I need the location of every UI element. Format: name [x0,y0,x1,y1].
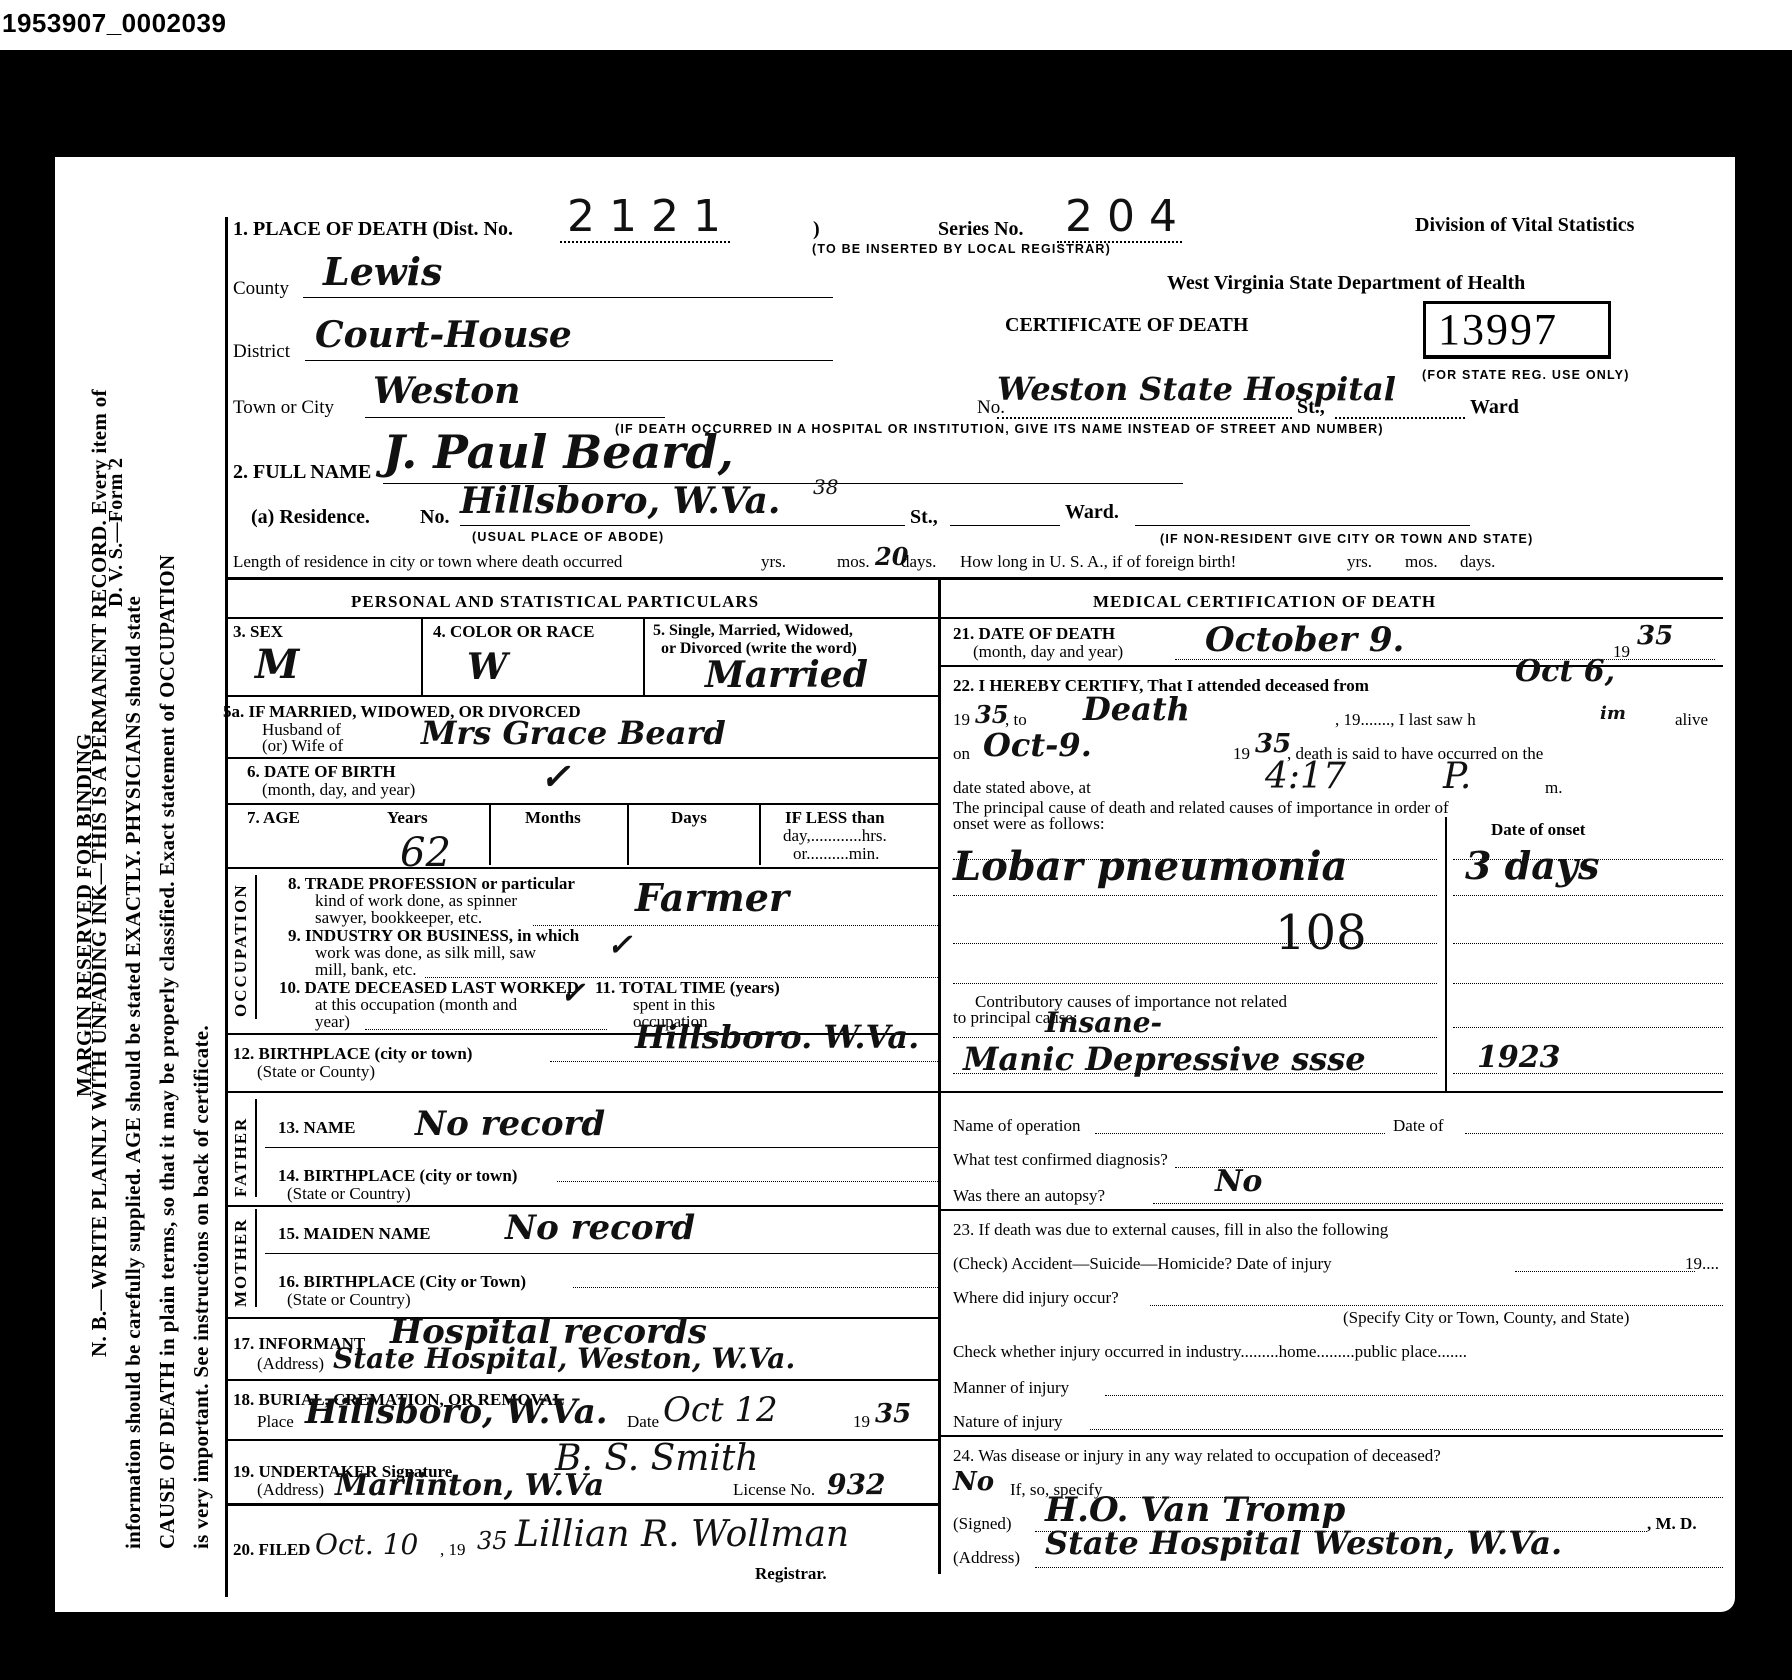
length-mos: mos. [837,553,870,570]
usa-mos: mos. [1405,553,1438,570]
marital-value: Married [705,657,868,693]
onset-line-4 [1453,1027,1723,1028]
document-header-bar: 1953907_0002039 [0,0,1792,50]
informant-address-value: State Hospital, Weston, W.Va. [333,1345,795,1373]
physician-signature: H.O. Van Tromp [1045,1493,1345,1527]
father-bracket [255,1099,257,1197]
residence-ward-label: Ward. [1065,502,1119,522]
contributory-value-1: Insane- [1045,1009,1162,1037]
age-months-label: Months [525,809,581,826]
nature-injury-label: Nature of injury [953,1413,1063,1430]
institution-value: Weston State Hospital [997,373,1396,405]
spouse-label-3: (or) Wife of [262,737,343,754]
total-time-label-2: spent in this [633,996,715,1013]
burial-place-label: Place [257,1413,294,1430]
nature-injury-line [1090,1429,1723,1430]
column-divider [938,579,941,1574]
last-seen-value: Oct-9. [983,729,1092,761]
onset-header: Date of onset [1491,821,1585,838]
registrar-label: Registrar. [755,1565,827,1582]
md-label: , M. D. [1647,1515,1697,1532]
occupation-side-label: OCCUPATION [231,883,251,1017]
town-line [365,417,665,418]
operation-date-label: Date of [1393,1117,1444,1134]
test-label: What test confirmed diagnosis? [953,1151,1168,1168]
signed-label: (Signed) [953,1515,1012,1532]
last-worked-label-1: 10. DATE DECEASED LAST WORKED [279,979,579,996]
registrar-note: (TO BE INSERTED BY LOCAL REGISTRAR) [812,243,1111,256]
registrar-signature: Lillian R. Wollman [515,1517,849,1553]
filed-year-value: 35 [477,1529,508,1553]
age-divider-3 [759,803,761,865]
burial-year-value: 35 [875,1401,911,1427]
full-name-value: J. Paul Beard, [383,429,734,475]
father-name-label: 13. NAME [278,1119,355,1136]
autopsy-line [1153,1203,1723,1204]
margin-line-4: is very important. See instructions on b… [189,1025,214,1549]
where-injury-line [1150,1305,1723,1306]
cause-line-3 [953,983,1437,984]
mother-bracket [255,1209,257,1307]
certificate-title: CERTIFICATE OF DEATH [1005,315,1248,335]
certificate-form: 1. PLACE OF DEATH (Dist. No. 2121 ) (TO … [215,157,1735,1612]
district-line [305,360,833,361]
full-name-label: 2. FULL NAME [233,462,371,482]
row-rule-7 [227,867,938,869]
cause-line-1 [953,895,1437,896]
race-marital-divider [643,617,645,695]
residence-st-label: St., [910,507,938,527]
last-worked-value: ✓ [560,979,585,1009]
age-divider-1 [489,803,491,865]
mother-maiden-line [265,1253,938,1254]
town-label: Town or City [233,398,334,417]
row-rule-causes [941,1091,1723,1093]
industry-label-2: work was done, as silk mill, saw [315,944,536,961]
nonresident-note: (IF NON-RESIDENT GIVE CITY OR TOWN AND S… [1160,533,1533,546]
residence-extra: 38 [813,477,838,497]
injury-date-line [1515,1271,1695,1272]
length-days: days. [901,553,936,570]
age-days-label: Days [671,809,707,826]
industry-label-3: mill, bank, etc. [315,961,417,978]
filed-label: 20. FILED [233,1541,310,1558]
series-no-value: 204 [1065,195,1191,239]
occupational-value: No [953,1469,994,1495]
operation-date-line [1465,1133,1723,1134]
mother-birthplace-label-1: 16. BIRTHPLACE (City or Town) [278,1273,526,1290]
dob-label-1: 6. DATE OF BIRTH [247,763,396,780]
nonresident-line [1135,525,1470,526]
license-label: License No. [733,1481,815,1498]
division-title: Division of Vital Statistics [1415,215,1634,235]
institution-st-label: St., [1297,397,1325,417]
onset-line-1 [1453,895,1723,896]
ampm-value: P. [1443,759,1471,795]
usa-label: How long in U. S. A., if of foreign birt… [960,553,1236,570]
burial-year-prefix: 19 [853,1413,870,1430]
onset-line-5 [1453,1073,1723,1074]
burial-place-value: Hillsboro, W.Va. [305,1395,608,1429]
medical-section-title: MEDICAL CERTIFICATION OF DEATH [1093,593,1436,610]
operation-label: Name of operation [953,1117,1080,1134]
cause-intro-2: onset were as follows: [953,815,1105,832]
document-id: 1953907_0002039 [2,8,226,39]
father-name-value: No record [415,1107,605,1141]
mother-birthplace-label-2: (State or Country) [287,1291,411,1308]
place-of-death-label: 1. PLACE OF DEATH (Dist. No. [233,219,513,239]
contributory-line-2 [953,1073,1437,1074]
form-code: D. V. S.—Form 2 [105,458,128,607]
dist-no-line [560,241,730,243]
birthplace-value: Hillsboro. W.Va. [635,1021,919,1053]
from-year-prefix: 19 [953,711,970,728]
death-certificate: N. B.—WRITE PLAINLY WITH UNFADING INK—TH… [55,157,1735,1612]
certificate-number: 13997 [1438,305,1558,354]
abode-note: (USUAL PLACE OF ABODE) [472,531,664,544]
row-rule-23 [941,1435,1723,1437]
date-of-death-value: October 9. [1205,623,1404,657]
physician-address-value: State Hospital Weston, W.Va. [1045,1527,1562,1559]
birthplace-label-1: 12. BIRTHPLACE (city or town) [233,1045,472,1062]
filed-date-value: Oct. 10 [315,1531,418,1559]
on-label: on [953,745,970,762]
sex-label: 3. SEX [233,623,283,640]
informant-address-label: (Address) [257,1355,324,1372]
residence-st-line [950,525,1060,526]
department-title: West Virginia State Department of Health [1167,273,1525,293]
burial-date-label: Date [627,1413,659,1430]
filed-year-prefix: , 19 [440,1541,466,1558]
last-worked-line [365,1029,607,1030]
length-yrs: yrs. [761,553,786,570]
residence-label: (a) Residence. [251,507,370,527]
mother-side-label: MOTHER [231,1218,251,1307]
at-time-label: date stated above, at [953,779,1091,796]
mother-maiden-value: No record [505,1211,695,1245]
onset-divider [1445,817,1447,1093]
industry-value: ✓ [607,931,632,961]
industry-label-1: 9. INDUSTRY OR BUSINESS, in which [288,927,579,944]
mother-birthplace-line [573,1287,938,1288]
usa-yrs: yrs. [1347,553,1372,570]
county-value: Lewis [323,253,442,291]
undertaker-address-label: (Address) [257,1481,324,1498]
age-years-label: Years [387,809,428,826]
manner-injury-line [1105,1395,1723,1396]
external-causes-label: 23. If death was due to external causes,… [953,1221,1388,1238]
county-line [303,297,833,298]
residence-value: Hillsboro, W.Va. [460,483,780,519]
attended-to-value: Death [1083,693,1190,725]
institution-ward-line [1335,417,1465,419]
trade-value: Farmer [635,879,789,917]
trade-label-3: sawyer, bookkeeper, etc. [315,909,482,926]
contributory-value-2: Manic Depressive ssse [963,1043,1366,1075]
less-than-label: IF LESS than [785,809,885,826]
town-value: Weston [373,373,520,409]
trade-label-1: 8. TRADE PROFESSION or particular [288,875,575,892]
father-birthplace-line [557,1181,938,1182]
residence-no-label: No. [420,507,449,527]
institution-ward-label: Ward [1470,397,1519,417]
row-rule-19 [227,1503,938,1506]
father-name-line [265,1147,938,1148]
occupation-bracket [255,875,257,1019]
series-label: Series No. [938,219,1024,239]
race-value: W [467,649,507,685]
occupational-label: 24. Was disease or injury in any way rel… [953,1447,1441,1464]
onset-line-2 [1453,943,1723,944]
cause-code-value: 108 [1275,909,1367,957]
institution-line [997,417,1292,419]
race-label: 4. COLOR OR RACE [433,623,595,640]
alive-label: alive [1675,711,1708,728]
length-residence-label: Length of residence in city or town wher… [233,553,622,570]
seen-year-prefix: 19 [1233,745,1250,762]
father-side-label: FATHER [231,1117,251,1197]
attended-from-value: Oct 6, [1515,657,1615,687]
birthplace-label-2: (State or County) [257,1063,375,1080]
physician-address-line [1035,1567,1723,1568]
min-label: or..........min. [793,845,879,862]
undertaker-address-value: Marlinton, W.Va [335,1471,604,1501]
autopsy-value: No [1215,1167,1262,1197]
contributory-onset-value: 1923 [1477,1043,1561,1073]
sex-value: M [255,645,299,685]
certificate-number-box: 13997 [1423,301,1611,359]
last-worked-label-3: year) [315,1013,350,1030]
seen-year-value: 35 [1255,731,1291,757]
personal-section-title: PERSONAL AND STATISTICAL PARTICULARS [351,593,759,610]
trade-label-2: kind of work done, as spinner [315,892,517,909]
dist-no-value: 2121 [567,195,735,239]
sex-race-divider [421,617,423,695]
physician-address-label: (Address) [953,1549,1020,1566]
margin-line-3: CAUSE OF DEATH in plain terms, so that i… [155,555,180,1550]
dod-label-1: 21. DATE OF DEATH [953,625,1115,642]
margin-instructions: N. B.—WRITE PLAINLY WITH UNFADING INK—TH… [55,157,225,1612]
birthplace-line [550,1061,938,1062]
form-left-border [225,217,228,1597]
where-injury-label: Where did injury occur? [953,1289,1119,1306]
operation-line [1095,1133,1385,1134]
to-year-label: , 19......., I last saw h [1335,711,1476,728]
row-rule-5a [227,757,938,759]
last-worked-label-2: at this occupation (month and [315,996,517,1013]
specify-note: (Specify City or Town, County, and State… [1343,1309,1629,1326]
dod-label-2: (month, day and year) [973,643,1123,660]
marital-label-1: 5. Single, Married, Widowed, [653,623,853,639]
injury-year: 19.... [1685,1255,1719,1272]
row-rule-autopsy [941,1209,1723,1211]
principal-onset-value: 3 days [1465,847,1599,885]
contributory-line-1 [953,1037,1437,1038]
place-close-paren: ) [813,219,820,239]
burial-date-value: Oct 12 [663,1393,778,1427]
series-line [1057,241,1182,243]
dod-year-prefix: 19 [1613,643,1630,660]
cause-line-0 [953,859,1437,860]
father-birthplace-label-1: 14. BIRTHPLACE (city or town) [278,1167,517,1184]
county-label: County [233,279,289,298]
onset-line-3 [1453,983,1723,984]
license-value: 932 [827,1471,885,1499]
time-of-death-value: 4:17 [1265,759,1346,795]
mother-maiden-label: 15. MAIDEN NAME [278,1225,431,1242]
row-rule-3 [227,695,938,697]
trade-line [533,925,938,926]
row-rule-12 [227,1091,938,1093]
hrs-label: day,............hrs. [783,827,887,844]
from-year-value: 35 [975,703,1008,727]
age-label: 7. AGE [247,809,300,826]
dod-year-value: 35 [1637,623,1673,649]
row-rule-6 [227,803,938,805]
dod-line [1175,659,1715,660]
row-rule-father [227,1205,938,1207]
dob-label-2: (month, day, and year) [262,781,415,798]
state-reg-note: (FOR STATE REG. USE ONLY) [1422,369,1630,382]
check-label: (Check) Accident—Suicide—Homicide? Date … [953,1255,1332,1272]
dob-value: ✓ [540,759,570,795]
section-divider [227,577,1723,580]
manner-injury-label: Manner of injury [953,1379,1069,1396]
residence-line [460,525,905,526]
him-her-value: im [1600,705,1626,723]
m-label: m. [1545,779,1562,796]
spouse-value: Mrs Grace Beard [421,717,726,749]
district-value: Court-House [315,317,572,353]
autopsy-label: Was there an autopsy? [953,1187,1105,1204]
margin-line-2: information should be carefully supplied… [121,596,146,1549]
personal-title-rule [227,617,938,619]
age-divider-2 [627,803,629,865]
industry-check-label: Check whether injury occurred in industr… [953,1343,1467,1360]
usa-days: days. [1460,553,1495,570]
margin-binding: MARGIN RESERVED FOR BINDING [72,733,97,1097]
principal-cause-value: Lobar pneumonia [953,847,1347,887]
medical-title-rule [941,617,1723,619]
row-rule-17 [227,1379,938,1381]
total-time-label-1: 11. TOTAL TIME (years) [595,979,780,996]
district-label: District [233,342,290,361]
father-birthplace-label-2: (State or Country) [287,1185,411,1202]
